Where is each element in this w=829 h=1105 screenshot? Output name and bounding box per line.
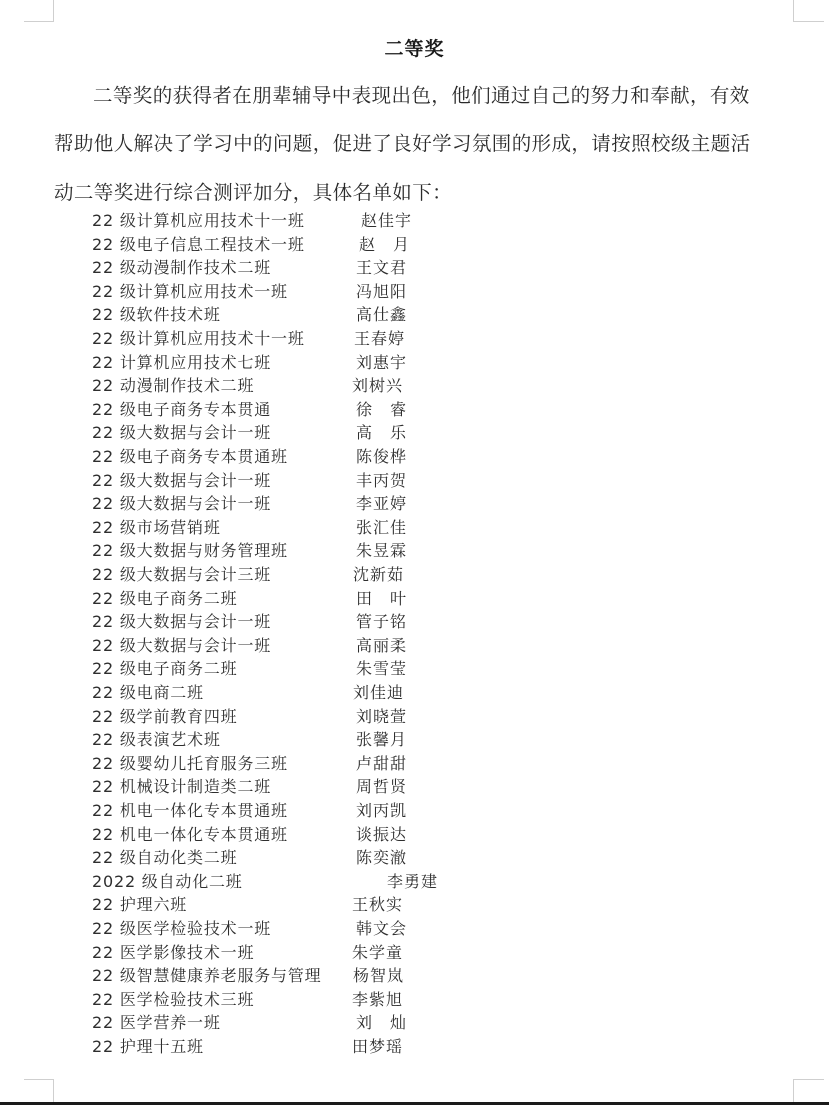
crop-mark-bottom-left-h — [24, 1079, 54, 1080]
winner-row: 22 级电子商务专本贯通徐 睿 — [92, 398, 812, 422]
class-name: 22 级电子商务专本贯通班 — [92, 445, 288, 469]
winner-row: 22 级自动化类二班陈奕澈 — [92, 846, 812, 870]
winner-row: 22 医学影像技术一班朱学童 — [92, 941, 812, 965]
class-name: 22 级自动化类二班 — [92, 846, 237, 870]
intro-line-1: 二等奖的获得者在朋辈辅导中表现出色，他们通过自己的努力和奉献，有效 — [93, 80, 799, 108]
student-name: 谈振达 — [356, 823, 407, 847]
student-name: 王春婷 — [354, 327, 405, 351]
student-name: 赵 月 — [359, 233, 410, 257]
student-name: 管子铭 — [356, 610, 407, 634]
student-name: 刘丙凯 — [356, 799, 407, 823]
class-name: 22 级电子商务专本贯通 — [92, 398, 271, 422]
class-name: 22 医学营养一班 — [92, 1011, 221, 1035]
class-name: 22 级大数据与会计一班 — [92, 469, 271, 493]
class-name: 22 级大数据与会计一班 — [92, 421, 271, 445]
winner-row: 22 级计算机应用技术十一班赵佳宇 — [92, 209, 812, 233]
winner-row: 22 级大数据与会计一班管子铭 — [92, 610, 812, 634]
student-name: 冯旭阳 — [356, 280, 407, 304]
crop-mark-top-right-v — [793, 0, 794, 22]
class-name: 22 级电子信息工程技术一班 — [92, 233, 305, 257]
student-name: 徐 睿 — [356, 398, 407, 422]
crop-mark-top-right-h — [793, 21, 824, 22]
intro-line-2: 帮助他人解决了学习中的问题，促进了良好学习氛围的形成，请按照校级主题活 — [54, 128, 799, 156]
winner-row: 22 机电一体化专本贯通班谈振达 — [92, 823, 812, 847]
student-name: 丰丙贺 — [356, 469, 407, 493]
winner-row: 22 级电子信息工程技术一班赵 月 — [92, 233, 812, 257]
winner-row: 22 机械设计制造类二班周哲贤 — [92, 775, 812, 799]
winner-row: 22 级软件技术班高仕鑫 — [92, 303, 812, 327]
crop-mark-bottom-left-v — [53, 1079, 54, 1103]
winner-row: 22 级表演艺术班张馨月 — [92, 728, 812, 752]
student-name: 刘晓萱 — [356, 705, 407, 729]
student-name: 刘树兴 — [352, 374, 403, 398]
student-name: 张汇佳 — [356, 516, 407, 540]
class-name: 22 医学检验技术三班 — [92, 988, 254, 1012]
student-name: 高 乐 — [356, 421, 407, 445]
student-name: 陈奕澈 — [356, 846, 407, 870]
winner-row: 22 计算机应用技术七班刘惠宇 — [92, 351, 812, 375]
intro-line-3: 动二等奖进行综合测评加分，具体名单如下： — [54, 177, 799, 205]
student-name: 田梦瑶 — [352, 1035, 403, 1059]
student-name: 杨智岚 — [353, 964, 404, 988]
student-name: 高丽柔 — [356, 634, 407, 658]
winner-row: 22 级学前教育四班刘晓萱 — [92, 705, 812, 729]
class-name: 22 级计算机应用技术十一班 — [92, 209, 305, 233]
winner-row: 22 医学营养一班刘 灿 — [92, 1011, 812, 1035]
document-title: 二等奖 — [0, 34, 829, 61]
winner-row: 22 级电子商务专本贯通班陈俊桦 — [92, 445, 812, 469]
winner-row: 22 级大数据与会计三班沈新茹 — [92, 563, 812, 587]
winner-row: 22 级电商二班刘佳迪 — [92, 681, 812, 705]
winner-row: 22 级医学检验技术一班韩文会 — [92, 917, 812, 941]
student-name: 王文君 — [356, 256, 407, 280]
winner-row: 22 动漫制作技术二班刘树兴 — [92, 374, 812, 398]
class-name: 22 机电一体化专本贯通班 — [92, 799, 288, 823]
winner-row: 22 级动漫制作技术二班王文君 — [92, 256, 812, 280]
student-name: 朱雪莹 — [356, 657, 407, 681]
winner-row: 22 级计算机应用技术一班冯旭阳 — [92, 280, 812, 304]
student-name: 刘佳迪 — [353, 681, 404, 705]
winner-row: 22 机电一体化专本贯通班刘丙凯 — [92, 799, 812, 823]
student-name: 卢甜甜 — [356, 752, 407, 776]
student-name: 田 叶 — [356, 587, 407, 611]
student-name: 朱昱霖 — [356, 539, 407, 563]
class-name: 22 级电子商务二班 — [92, 587, 237, 611]
class-name: 22 级软件技术班 — [92, 303, 221, 327]
student-name: 李勇建 — [387, 870, 438, 894]
class-name: 22 动漫制作技术二班 — [92, 374, 254, 398]
student-name: 刘惠宇 — [356, 351, 407, 375]
student-name: 李亚婷 — [356, 492, 407, 516]
class-name: 22 医学影像技术一班 — [92, 941, 254, 965]
class-name: 22 级医学检验技术一班 — [92, 917, 271, 941]
winner-row: 22 级智慧健康养老服务与管理杨智岚 — [92, 964, 812, 988]
student-name: 周哲贤 — [356, 775, 407, 799]
winner-row: 22 医学检验技术三班李紫旭 — [92, 988, 812, 1012]
student-name: 陈俊桦 — [356, 445, 407, 469]
class-name: 22 级大数据与财务管理班 — [92, 539, 288, 563]
winner-row: 22 级市场营销班张汇佳 — [92, 516, 812, 540]
student-name: 李紫旭 — [352, 988, 403, 1012]
student-name: 朱学童 — [352, 941, 403, 965]
winner-row: 22 级大数据与会计一班高丽柔 — [92, 634, 812, 658]
class-name: 22 级市场营销班 — [92, 516, 221, 540]
class-name: 22 级婴幼儿托育服务三班 — [92, 752, 288, 776]
class-name: 22 级大数据与会计一班 — [92, 492, 271, 516]
class-name: 22 级大数据与会计一班 — [92, 634, 271, 658]
student-name: 韩文会 — [356, 917, 407, 941]
winner-row: 22 级大数据与财务管理班朱昱霖 — [92, 539, 812, 563]
class-name: 22 计算机应用技术七班 — [92, 351, 271, 375]
student-name: 沈新茹 — [353, 563, 404, 587]
winner-row: 22 级大数据与会计一班李亚婷 — [92, 492, 812, 516]
student-name: 高仕鑫 — [356, 303, 407, 327]
crop-mark-top-left-v — [53, 0, 54, 22]
winner-row: 22 护理十五班田梦瑶 — [92, 1035, 812, 1059]
class-name: 22 级电子商务二班 — [92, 657, 237, 681]
class-name: 22 级学前教育四班 — [92, 705, 237, 729]
class-name: 2022 级自动化二班 — [92, 870, 243, 894]
winner-row: 22 级计算机应用技术十一班王春婷 — [92, 327, 812, 351]
crop-mark-top-left-h — [24, 21, 54, 22]
student-name: 赵佳宇 — [361, 209, 412, 233]
class-name: 22 级计算机应用技术十一班 — [92, 327, 305, 351]
class-name: 22 级表演艺术班 — [92, 728, 221, 752]
student-name: 刘 灿 — [356, 1011, 407, 1035]
class-name: 22 护理六班 — [92, 893, 187, 917]
winner-row: 22 级电子商务二班田 叶 — [92, 587, 812, 611]
class-name: 22 级动漫制作技术二班 — [92, 256, 271, 280]
winner-row: 22 级大数据与会计一班高 乐 — [92, 421, 812, 445]
class-name: 22 机械设计制造类二班 — [92, 775, 271, 799]
class-name: 22 机电一体化专本贯通班 — [92, 823, 288, 847]
class-name: 22 级大数据与会计三班 — [92, 563, 271, 587]
student-name: 王秋实 — [352, 893, 403, 917]
class-name: 22 级计算机应用技术一班 — [92, 280, 288, 304]
winner-row: 22 级婴幼儿托育服务三班卢甜甜 — [92, 752, 812, 776]
winner-row: 22 级电子商务二班朱雪莹 — [92, 657, 812, 681]
winner-row: 22 护理六班王秋实 — [92, 893, 812, 917]
class-name: 22 级大数据与会计一班 — [92, 610, 271, 634]
winner-row: 22 级大数据与会计一班丰丙贺 — [92, 469, 812, 493]
crop-mark-bottom-right-v — [793, 1079, 794, 1103]
student-name: 张馨月 — [356, 728, 407, 752]
class-name: 22 级电商二班 — [92, 681, 204, 705]
crop-mark-bottom-right-h — [793, 1079, 824, 1080]
class-name: 22 护理十五班 — [92, 1035, 204, 1059]
class-name: 22 级智慧健康养老服务与管理 — [92, 964, 321, 988]
winner-row: 2022 级自动化二班李勇建 — [92, 870, 812, 894]
